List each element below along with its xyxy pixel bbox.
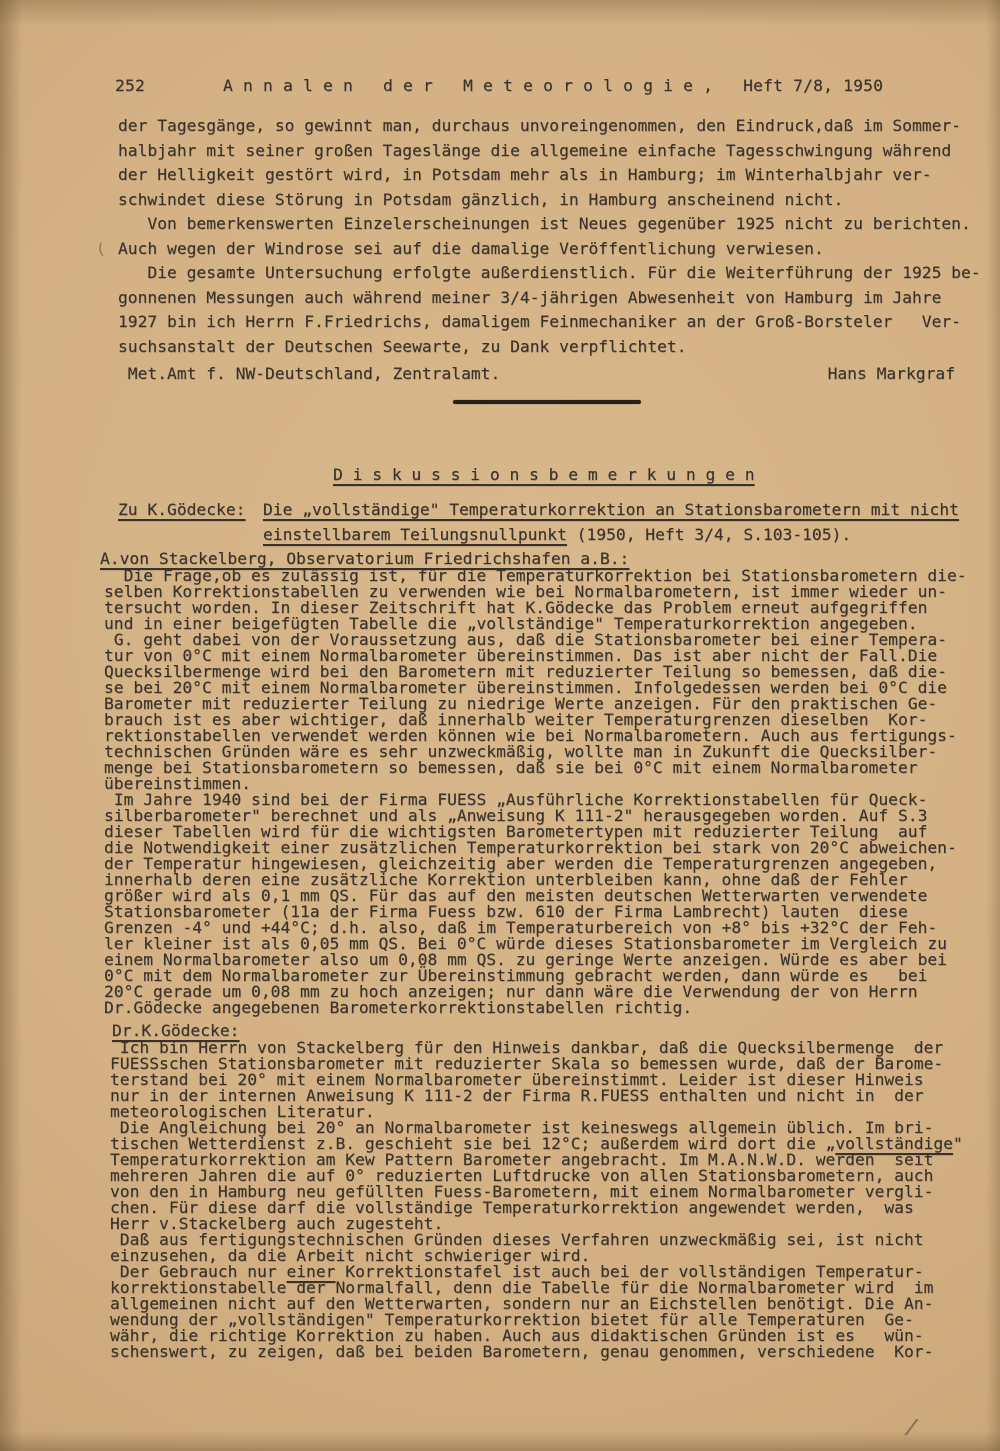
text-segment: suchsanstalt der Deutschen Seewarte, zu … <box>118 337 687 356</box>
signature-institution: Met.Amt f. NW-Deutschland, Zentralamt. <box>118 362 500 387</box>
text-line: gonnenen Messungen auch während meiner 3… <box>118 286 981 311</box>
text-segment: der Helligkeit gestört wird, in Potsdam … <box>118 165 932 184</box>
reference-label: Zu K.Gödecke: <box>118 502 245 518</box>
text-segment: Die gesamte Untersuchung erfolgte außerd… <box>118 263 981 282</box>
section-divider-rule <box>453 400 641 404</box>
reference-title-line2-underlined: einstellbarem Teilungsnullpunkt <box>263 525 567 544</box>
scan-artifact-mark: / <box>903 1414 921 1441</box>
reference-title-line2-citation: (1950, Heft 3/4, S.103-105). <box>567 525 851 544</box>
text-segment: der Tagesgänge, so gewinnt man, durchaus… <box>118 116 961 135</box>
text-line: Die gesamte Untersuchung erfolgte außerd… <box>118 261 981 286</box>
text-segment: halbjahr mit seiner großen Tageslänge di… <box>118 141 951 160</box>
contribution-body-stackelberg: Die Frage,ob es zulässig ist, für die Te… <box>104 568 967 1016</box>
reference-title-line1: Die „vollständige" Temperaturkorrektion … <box>263 502 959 518</box>
text-segment: " <box>953 1134 963 1153</box>
text-segment: schenswert, zu zeigen, daß bei beiden Ba… <box>110 1342 933 1361</box>
text-line: Auch wegen der Windrose sei auf die dama… <box>118 237 981 262</box>
text-segment: gonnenen Messungen auch während meiner 3… <box>118 288 941 307</box>
article-continuation-text: der Tagesgänge, so gewinnt man, durchaus… <box>118 114 981 359</box>
scan-artifact-mark: ( <box>95 239 106 258</box>
text-line: suchsanstalt der Deutschen Seewarte, zu … <box>118 335 981 360</box>
text-line: Dr.Gödecke angegebenen Barometerkorrekti… <box>104 1000 967 1016</box>
signature-row: Met.Amt f. NW-Deutschland, Zentralamt. H… <box>118 362 955 387</box>
text-line: schwindet diese Störung in Potsdam gänzl… <box>118 188 981 213</box>
text-line: Von bemerkenswerten Einzelerscheinungen … <box>118 212 981 237</box>
scanned-journal-page: 252 A n n a l e n d e r M e t e o r o l … <box>0 0 1000 1451</box>
text-segment: Auch wegen der Windrose sei auf die dama… <box>118 239 824 258</box>
text-line: halbjahr mit seiner großen Tageslänge di… <box>118 139 981 164</box>
contribution-author-stackelberg: A.von Stackelberg, Observatorium Friedri… <box>100 551 629 567</box>
text-segment: Von bemerkenswerten Einzelerscheinungen … <box>118 214 971 233</box>
discussion-section-heading: D i s k u s s i o n s b e m e r k u n g … <box>333 467 755 483</box>
text-line: der Helligkeit gestört wird, in Potsdam … <box>118 163 981 188</box>
text-line: schenswert, zu zeigen, daß bei beiden Ba… <box>110 1344 963 1360</box>
text-segment: Dr.Gödecke angegebenen Barometerkorrekti… <box>104 998 692 1017</box>
signature-author: Hans Markgraf <box>828 362 955 387</box>
text-line: der Tagesgänge, so gewinnt man, durchaus… <box>118 114 981 139</box>
text-segment: schwindet diese Störung in Potsdam gänzl… <box>118 190 843 209</box>
contribution-author-goedecke: Dr.K.Gödecke: <box>112 1023 239 1039</box>
reference-title-line2: einstellbarem Teilungsnullpunkt (1950, H… <box>263 527 851 543</box>
contribution-body-goedecke: Ich bin Herrn von Stackelberg für den Hi… <box>110 1040 963 1360</box>
page-number: 252 <box>115 76 145 95</box>
text-line: 1927 bin ich Herrn F.Friedrichs, damalig… <box>118 310 981 335</box>
journal-running-title: A n n a l e n d e r M e t e o r o l o g … <box>223 76 883 95</box>
text-segment: 1927 bin ich Herrn F.Friedrichs, damalig… <box>118 312 961 331</box>
